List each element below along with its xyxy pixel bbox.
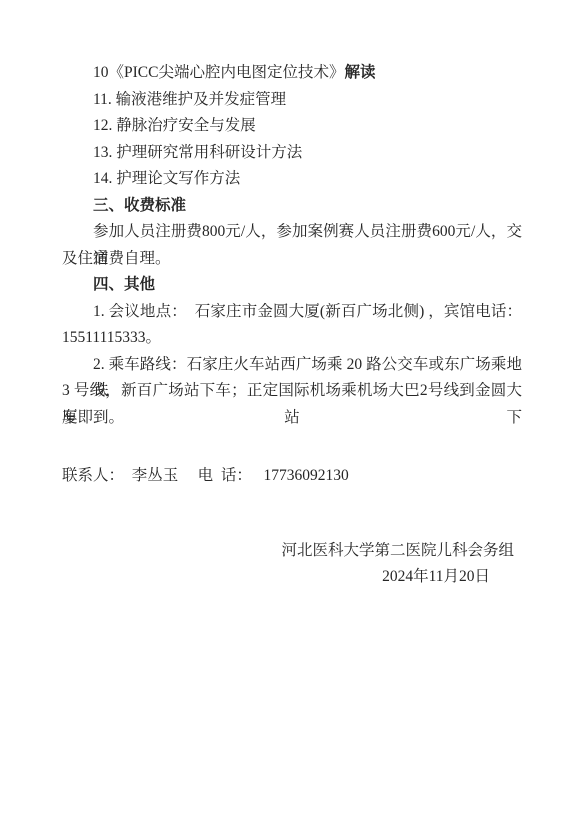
lecture-item-10: 10《PICC尖端心腔内电图定位技术》解读 <box>62 60 522 87</box>
venue-line-1: 1. 会议地点： 石家庄市金圆大厦(新百广场北侧) ，宾馆电话： <box>62 299 522 326</box>
blank-gap <box>62 490 522 538</box>
signature-organization: 河北医科大学第二医院儿科会务组 <box>62 538 522 565</box>
lecture-item-10-title: 10《PICC尖端心腔内电图定位技术》 <box>93 64 344 81</box>
signature-date: 2024年11月20日 <box>62 564 522 591</box>
contact-line: 联系人： 李丛玉 电 话： 17736092130 <box>62 463 522 490</box>
fees-paragraph-line-2: 及住宿费自理。 <box>62 246 522 273</box>
lecture-item-10-emphasis: 解读 <box>344 64 375 81</box>
lecture-item-11: 11. 输液港维护及并发症管理 <box>62 87 522 114</box>
lecture-item-14: 14. 护理论文写作方法 <box>62 166 522 193</box>
venue-line-2-phone: 15511115333。 <box>62 325 522 352</box>
blank-gap <box>62 431 522 463</box>
document-page: { "page": { "background_color": "#ffffff… <box>0 0 587 830</box>
lecture-item-13: 13. 护理研究常用科研设计方法 <box>62 140 522 167</box>
route-line-1: 2. 乘车路线：石家庄火车站西广场乘 20 路公交车或东广场乘地铁 <box>62 352 522 379</box>
route-line-2: 3 号线，新百广场站下车；正定国际机场乘机场大巴2号线到金圆大厦站下 <box>62 378 522 405</box>
section-heading-other: 四、其他 <box>62 272 522 299</box>
lecture-item-12: 12. 静脉治疗安全与发展 <box>62 113 522 140</box>
fees-paragraph-line-1: 参加人员注册费800元/人，参加案例赛人员注册费600元/人，交通 <box>62 219 522 246</box>
document-body: 10《PICC尖端心腔内电图定位技术》解读 11. 输液港维护及并发症管理 12… <box>62 60 522 591</box>
section-heading-fees: 三、收费标准 <box>62 193 522 220</box>
